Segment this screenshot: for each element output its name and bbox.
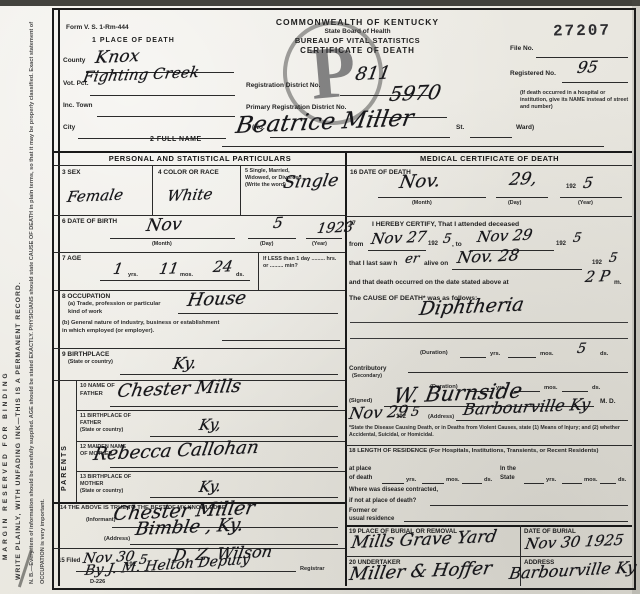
state-mos-unit: mos. — [584, 477, 598, 483]
occurred-label: and that death occurred on the date stat… — [349, 279, 509, 286]
filed-line — [76, 571, 296, 572]
mother-birthplace-label: 13 BIRTHPLACE OF MOTHER — [80, 474, 140, 488]
signed-address-label: (Address) — [428, 414, 454, 420]
residence-sub: (For Hospitals, Institutions, Transients… — [429, 448, 599, 454]
contributory-sub: (Secondary) — [352, 373, 382, 379]
age-label: 7 AGE — [62, 255, 81, 262]
race-value: White — [166, 187, 214, 204]
left-column-title: PERSONAL AND STATISTICAL PARTICULARS — [55, 154, 345, 163]
occupation-b-label: (b) General nature of industry, business… — [62, 320, 222, 335]
form-code: D-226 — [90, 579, 105, 585]
state-ds-unit: ds. — [618, 477, 626, 483]
age-days-value: 24 — [212, 259, 234, 275]
birthplace-value: Ky. — [172, 355, 198, 372]
dob-label: 6 DATE OF BIRTH — [62, 218, 117, 225]
md-label: M. D. — [600, 398, 616, 405]
cause-line-2 — [350, 338, 628, 339]
at-place-label-1: at place — [349, 466, 371, 472]
certify-to-value: Nov 29 — [476, 228, 533, 245]
dob-month-caption: (Month) — [152, 241, 172, 247]
mother-birthplace-sub: (State or country) — [80, 488, 123, 494]
dod-year-caption: (Year) — [578, 200, 593, 206]
father-name-rule — [76, 410, 345, 411]
sex-race-divider — [152, 165, 153, 215]
residence-yrs-line — [382, 474, 404, 484]
hospital-note: (If death occurred in a hospital or inst… — [520, 90, 630, 111]
age-note-divider — [258, 252, 259, 290]
in-the-label-2: State — [500, 475, 515, 481]
dod-day-caption: (Day) — [508, 200, 521, 206]
contributory-label: Contributory — [349, 365, 386, 372]
serial-stamp: 27207 — [553, 21, 611, 40]
dod-month-line — [378, 197, 486, 198]
row1-rule — [54, 215, 345, 216]
dob-day-caption: (Day) — [260, 241, 273, 247]
father-birthplace-value: Ky, — [198, 417, 222, 433]
duration2-ds-line — [562, 382, 588, 392]
row16-rule — [346, 216, 632, 217]
form-number: Form V. S. 1-Rm-444 — [66, 24, 129, 31]
alive-on-label: alive on — [424, 260, 448, 267]
inc-town-line — [97, 116, 235, 117]
age-months-value: 11 — [158, 261, 180, 277]
state-mos-line — [562, 474, 582, 484]
occupation-a-value: House — [186, 289, 248, 310]
margin-nb-text: N. B.—Every item of information should b… — [27, 18, 51, 584]
right-column-title: MEDICAL CERTIFICATE OF DEATH — [347, 154, 632, 163]
registered-no-line — [562, 82, 628, 83]
registration-district-value: 811 — [354, 65, 392, 84]
birthplace-sub: (State or country) — [68, 359, 113, 365]
date-of-death-year: 5 — [582, 176, 594, 191]
margin-write-plainly-text: WRITE PLAINLY, WITH UNFADING INK—THIS IS… — [13, 25, 25, 580]
state-yrs-line — [524, 474, 544, 484]
registered-no-value: 95 — [576, 59, 599, 76]
occupation-a-label: (a) Trade, profession or particular kind… — [68, 301, 173, 316]
dod-day-line — [496, 197, 548, 198]
signed-year-printed: 192 — [396, 414, 406, 420]
former-label-2: usual residence — [349, 516, 394, 522]
columns-top-rule — [54, 151, 632, 153]
form-frame-inner-left — [58, 8, 60, 586]
age-months-unit: mos. — [180, 272, 193, 278]
mother-name-rule — [76, 471, 345, 472]
race-marital-divider — [240, 165, 241, 215]
age-years-unit: yrs. — [128, 272, 138, 278]
state-yrs-unit: yrs. — [546, 477, 556, 483]
file-no-label: File No. — [510, 45, 533, 52]
registered-no-label: Registered No. — [510, 70, 556, 77]
duration2-mos-unit: mos. — [544, 385, 558, 391]
occurred-time: 2 P — [584, 269, 611, 285]
p-stamp-letter: P — [307, 34, 358, 112]
cause-duration-mos-line — [508, 348, 536, 358]
death-certificate: MARGIN RESERVED FOR BINDING WRITE PLAINL… — [0, 0, 640, 594]
contributory-line — [408, 372, 628, 373]
residence-mos-line — [422, 474, 444, 484]
occupation-b-line — [222, 340, 340, 341]
dob-day-line — [248, 238, 296, 239]
certify-to-year-printed: 192 — [556, 241, 566, 247]
city-ward-label: Ward) — [516, 124, 534, 131]
place-of-death-heading: 1 PLACE OF DEATH — [92, 37, 175, 44]
certify-from-value: Nov 27 — [370, 230, 427, 247]
residence-heading: 18 LENGTH OF RESIDENCE (For Hospitals, I… — [349, 448, 631, 456]
dod-year-line — [560, 197, 622, 198]
state-ds-line — [600, 474, 616, 484]
titles-bottom-rule — [54, 165, 632, 166]
date-of-death-day: 29, — [508, 171, 538, 189]
mother-birthplace-value: Ky. — [198, 479, 222, 495]
margin-binding-text: MARGIN RESERVED FOR BINDING — [0, 60, 12, 560]
sex-label: 3 SEX — [62, 169, 80, 176]
cause-duration-mos-unit: mos. — [540, 351, 554, 357]
date-of-death-month: Nov. — [398, 172, 442, 192]
city-st-label: St. — [456, 124, 464, 131]
cause-line-1 — [350, 322, 628, 323]
mother-name-line — [110, 467, 338, 468]
last-saw-date: Nov. 28 — [456, 247, 521, 266]
certify-from-year-printed: 192 — [428, 241, 438, 247]
dob-year-line — [306, 238, 342, 239]
residence-ds-line — [462, 474, 482, 484]
filed-label: 15 Filed — [58, 558, 80, 564]
dob-month-line — [110, 238, 235, 239]
cause-duration-yrs-unit: yrs. — [490, 351, 500, 357]
residence-mos-unit: mos. — [446, 477, 460, 483]
occurred-m-label: m. — [614, 279, 622, 286]
residence-ds-unit: ds. — [484, 477, 492, 483]
contracted-label-2: if not at place of death? — [349, 498, 416, 504]
commonwealth-title: COMMONWEALTH OF KENTUCKY — [230, 17, 485, 27]
city-no-line — [270, 137, 450, 138]
county-label: County — [63, 57, 85, 64]
marital-value: Single — [282, 173, 340, 192]
cause-duration-label: (Duration) — [420, 350, 448, 356]
dob-year-caption: (Year) — [312, 241, 327, 247]
inc-town-label: Inc. Town — [63, 102, 93, 109]
father-birthplace-label: 11 BIRTHPLACE OF FATHER — [80, 413, 140, 427]
age-rule-line — [100, 280, 250, 281]
last-saw-label: that I last saw h — [349, 260, 397, 267]
registration-district-label: Registration District No. — [246, 82, 320, 89]
contracted-label-1: Where was disease contracted, — [349, 487, 438, 493]
precinct-line — [90, 95, 235, 96]
burial-bottom-rule — [346, 556, 632, 557]
cause-of-death-value: Diphtheria — [418, 296, 525, 319]
dob-month-value: Nov — [145, 217, 183, 235]
last-saw-fill: er — [404, 252, 420, 266]
scan-edge-top — [0, 0, 640, 6]
duration2-ds-unit: ds. — [592, 385, 600, 391]
primary-registration-value: 5970 — [388, 82, 443, 104]
county-value: Knox — [94, 48, 141, 67]
city-label: City — [63, 124, 75, 131]
age-note: If LESS than 1 day ......... hrs. or ...… — [263, 256, 341, 270]
date-of-death-year-printed: 192 — [566, 184, 576, 190]
former-line — [404, 521, 628, 522]
former-label-1: Former or — [349, 508, 377, 514]
occupation-label: 8 OCCUPATION — [62, 293, 110, 300]
race-label: 4 COLOR OR RACE — [158, 169, 219, 176]
contracted-line — [430, 505, 628, 506]
informant-address-label: (Address) — [104, 536, 130, 542]
residence-yrs-unit: yrs. — [406, 477, 416, 483]
occupation-a-line — [178, 313, 338, 314]
residence-label: 18 LENGTH OF RESIDENCE — [349, 448, 427, 454]
father-birthplace-sub: (State or country) — [80, 427, 123, 433]
full-name-label: 2 FULL NAME — [150, 136, 202, 143]
row4-rule — [54, 348, 345, 349]
parents-band-label: PARENTS — [59, 395, 71, 491]
city-st-line — [470, 137, 512, 138]
burial-date-value: Nov 30 1925 — [524, 533, 625, 552]
cause-duration-yrs-line — [460, 348, 486, 358]
informant-label: (Informant) — [86, 517, 116, 523]
signed-address-line — [456, 420, 628, 421]
cause-footnote: *State the Disease Causing Death, or in … — [349, 425, 629, 439]
certify-number: 17 — [349, 221, 356, 227]
registrar-label: Registrar — [300, 566, 325, 572]
in-the-label-1: In the — [500, 466, 516, 472]
informant-address-value: Bimble , Ky. — [134, 516, 245, 539]
birthplace-line — [120, 374, 338, 375]
sex-value: Female — [66, 188, 124, 205]
age-days-unit: ds. — [236, 272, 244, 278]
at-place-label-2: of death — [349, 475, 372, 481]
dod-month-caption: (Month) — [412, 200, 432, 206]
last-saw-line — [452, 269, 582, 270]
father-name-line — [110, 406, 338, 407]
birthplace-label: 9 BIRTHPLACE — [62, 351, 109, 358]
certify-from-label: from — [349, 241, 363, 248]
dob-day-value: 5 — [272, 216, 284, 231]
last-saw-year-printed: 192 — [592, 260, 602, 266]
row2-rule — [54, 252, 345, 253]
footnote-rule — [346, 445, 632, 446]
cause-duration-ds-unit: ds. — [600, 351, 608, 357]
full-name-line — [222, 146, 604, 147]
